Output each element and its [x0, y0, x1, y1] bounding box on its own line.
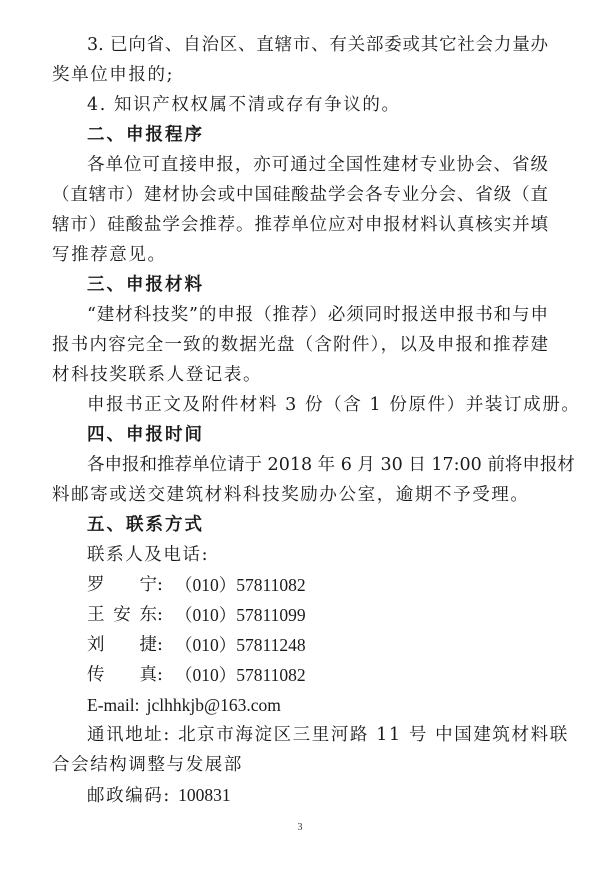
postcode-row: 邮政编码: 100831 — [52, 780, 548, 810]
address-row: 通讯地址: 北京市海淀区三里河路 11 号 中国建筑材料联 — [52, 720, 548, 750]
contact-row: 刘 捷: （010）57811248 — [52, 630, 548, 660]
paragraph-line: 材科技奖联系人登记表。 — [52, 360, 548, 390]
contact-phone: （010）57811248 — [175, 630, 306, 660]
item-3-line-2: 奖单位申报的; — [52, 60, 548, 90]
document-page: 3. 已向省、自治区、直辖市、有关部委或其它社会力量办 奖单位申报的; 4. 知… — [52, 30, 548, 810]
email-label: E-mail: — [87, 695, 139, 715]
paragraph-line: 各申报和推荐单位请于 2018 年 6 月 30 日 17:00 前将申报材 — [52, 450, 548, 480]
address-line-1: 北京市海淀区三里河路 11 号 中国建筑材料联 — [178, 725, 569, 745]
paragraph-line: 写推荐意见。 — [52, 240, 548, 270]
contact-name: 传 真 — [87, 660, 157, 690]
item-3-line-1: 3. 已向省、自治区、直辖市、有关部委或其它社会力量办 — [52, 30, 548, 60]
contact-name: 王安东 — [87, 600, 157, 630]
contact-intro: 联系人及电话: — [52, 540, 548, 570]
paragraph-line: “建材科技奖”的申报（推荐）必须同时报送申报书和与申 — [52, 300, 548, 330]
contact-row: 王安东: （010）57811099 — [52, 600, 548, 630]
item-4: 4. 知识产权权属不清或存有争议的。 — [52, 90, 548, 120]
contact-name: 罗 宁 — [87, 570, 157, 600]
section-heading-materials: 三、申报材料 — [52, 270, 548, 300]
paragraph-line: （直辖市）建材协会或中国硅酸盐学会各专业分会、省级（直 — [52, 180, 548, 210]
paragraph-line: 申报书正文及附件材料 3 份（含 1 份原件）并装订成册。 — [52, 390, 548, 420]
contact-phone: （010）57811082 — [175, 570, 306, 600]
postcode-label: 邮政编码: — [87, 786, 171, 806]
contact-name: 刘 捷 — [87, 630, 157, 660]
contact-phone: （010）57811099 — [175, 600, 306, 630]
email-address: jclhhkjb@163.com — [147, 695, 281, 715]
contact-row: 罗 宁: （010）57811082 — [52, 570, 548, 600]
section-heading-procedure: 二、申报程序 — [52, 120, 548, 150]
section-heading-deadline: 四、申报时间 — [52, 420, 548, 450]
postcode-value: 100831 — [178, 785, 231, 805]
email-row: E-mail: jclhhkjb@163.com — [52, 690, 548, 720]
page-number: 3 — [0, 822, 600, 833]
contact-phone: （010）57811082 — [175, 660, 306, 690]
paragraph-line: 料邮寄或送交建筑材料科技奖励办公室，逾期不予受理。 — [52, 480, 548, 510]
paragraph-line: 各单位可直接申报，亦可通过全国性建材专业协会、省级 — [52, 150, 548, 180]
section-heading-contact: 五、联系方式 — [52, 510, 548, 540]
address-label: 通讯地址: — [87, 725, 171, 745]
paragraph-line: 辖市）硅酸盐学会推荐。推荐单位应对申报材料认真核实并填 — [52, 210, 548, 240]
contact-row-fax: 传 真: （010）57811082 — [52, 660, 548, 690]
paragraph-line: 报书内容完全一致的数据光盘（含附件），以及申报和推荐建 — [52, 330, 548, 360]
address-line-2: 合会结构调整与发展部 — [52, 750, 548, 780]
